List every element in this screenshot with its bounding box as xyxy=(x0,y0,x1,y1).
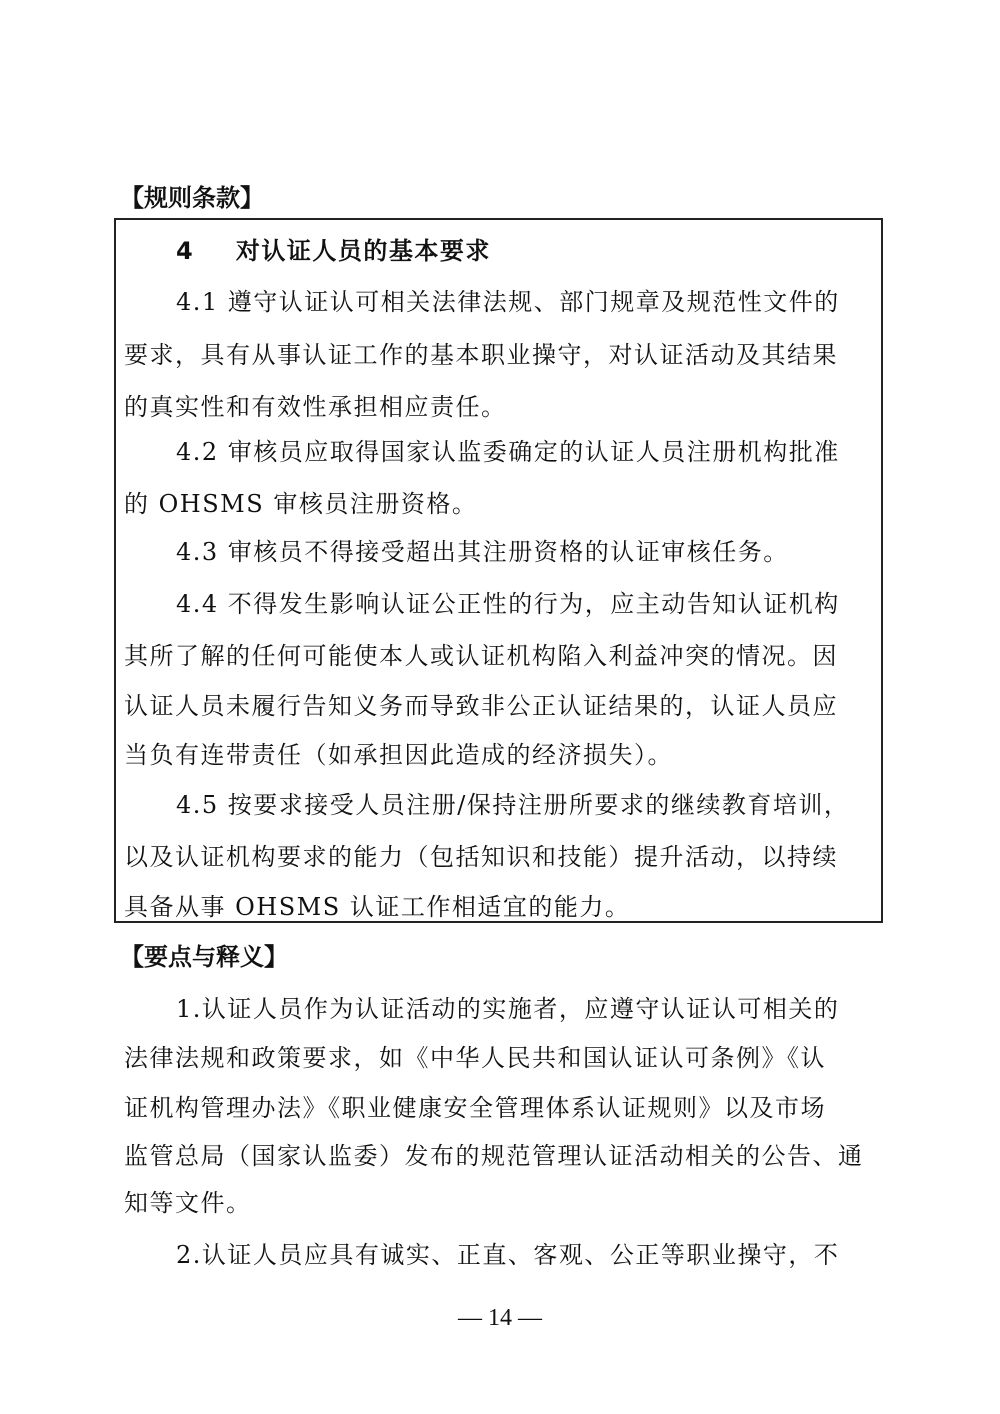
rules-heading: 【规则条款】 xyxy=(120,183,264,213)
rule-line: 4.5 按要求接受人员注册/保持注册所要求的继续教育培训， xyxy=(176,790,849,820)
rule-line: 的 OHSMS 审核员注册资格。 xyxy=(124,489,477,519)
note-line: 法律法规和政策要求，如《中华人民共和国认证认可条例》《认 xyxy=(124,1043,826,1073)
rules-title-number: 4 xyxy=(176,237,194,265)
rule-line: 4.3 审核员不得接受超出其注册资格的认证审核任务。 xyxy=(176,537,789,567)
rules-title: 4 对认证人员的基本要求 xyxy=(176,236,491,266)
rule-line: 认证人员未履行告知义务而导致非公正认证结果的，认证人员应 xyxy=(124,691,838,721)
rule-line: 当负有连带责任（如承担因此造成的经济损失）。 xyxy=(124,740,673,770)
note-line: 监管总局（国家认监委）发布的规范管理认证活动相关的公告、通 xyxy=(124,1141,864,1171)
rule-line: 的真实性和有效性承担相应责任。 xyxy=(124,392,507,422)
note-line: 2.认证人员应具有诚实、正直、客观、公正等职业操守，不 xyxy=(176,1240,839,1270)
rule-line: 要求，具有从事认证工作的基本职业操守，对认证活动及其结果 xyxy=(124,340,838,370)
rule-line: 以及认证机构要求的能力（包括知识和技能）提升活动，以持续 xyxy=(124,842,838,872)
page-number: — 14 — xyxy=(0,1305,1000,1332)
rule-line: 具备从事 OHSMS 认证工作相适宜的能力。 xyxy=(124,892,630,922)
rule-line: 4.2 审核员应取得国家认监委确定的认证人员注册机构批准 xyxy=(176,437,840,467)
notes-heading: 【要点与释义】 xyxy=(120,942,288,972)
rule-line: 4.4 不得发生影响认证公正性的行为，应主动告知认证机构 xyxy=(176,589,840,619)
note-line: 知等文件。 xyxy=(124,1188,252,1218)
rule-line: 其所了解的任何可能使本人或认证机构陷入利益冲突的情况。因 xyxy=(124,641,838,671)
rules-title-text: 对认证人员的基本要求 xyxy=(236,237,491,265)
note-line: 证机构管理办法》《职业健康安全管理体系认证规则》以及市场 xyxy=(124,1093,826,1123)
rule-line: 4.1 遵守认证认可相关法律法规、部门规章及规范性文件的 xyxy=(176,287,840,317)
note-line: 1.认证人员作为认证活动的实施者，应遵守认证认可相关的 xyxy=(176,994,839,1024)
